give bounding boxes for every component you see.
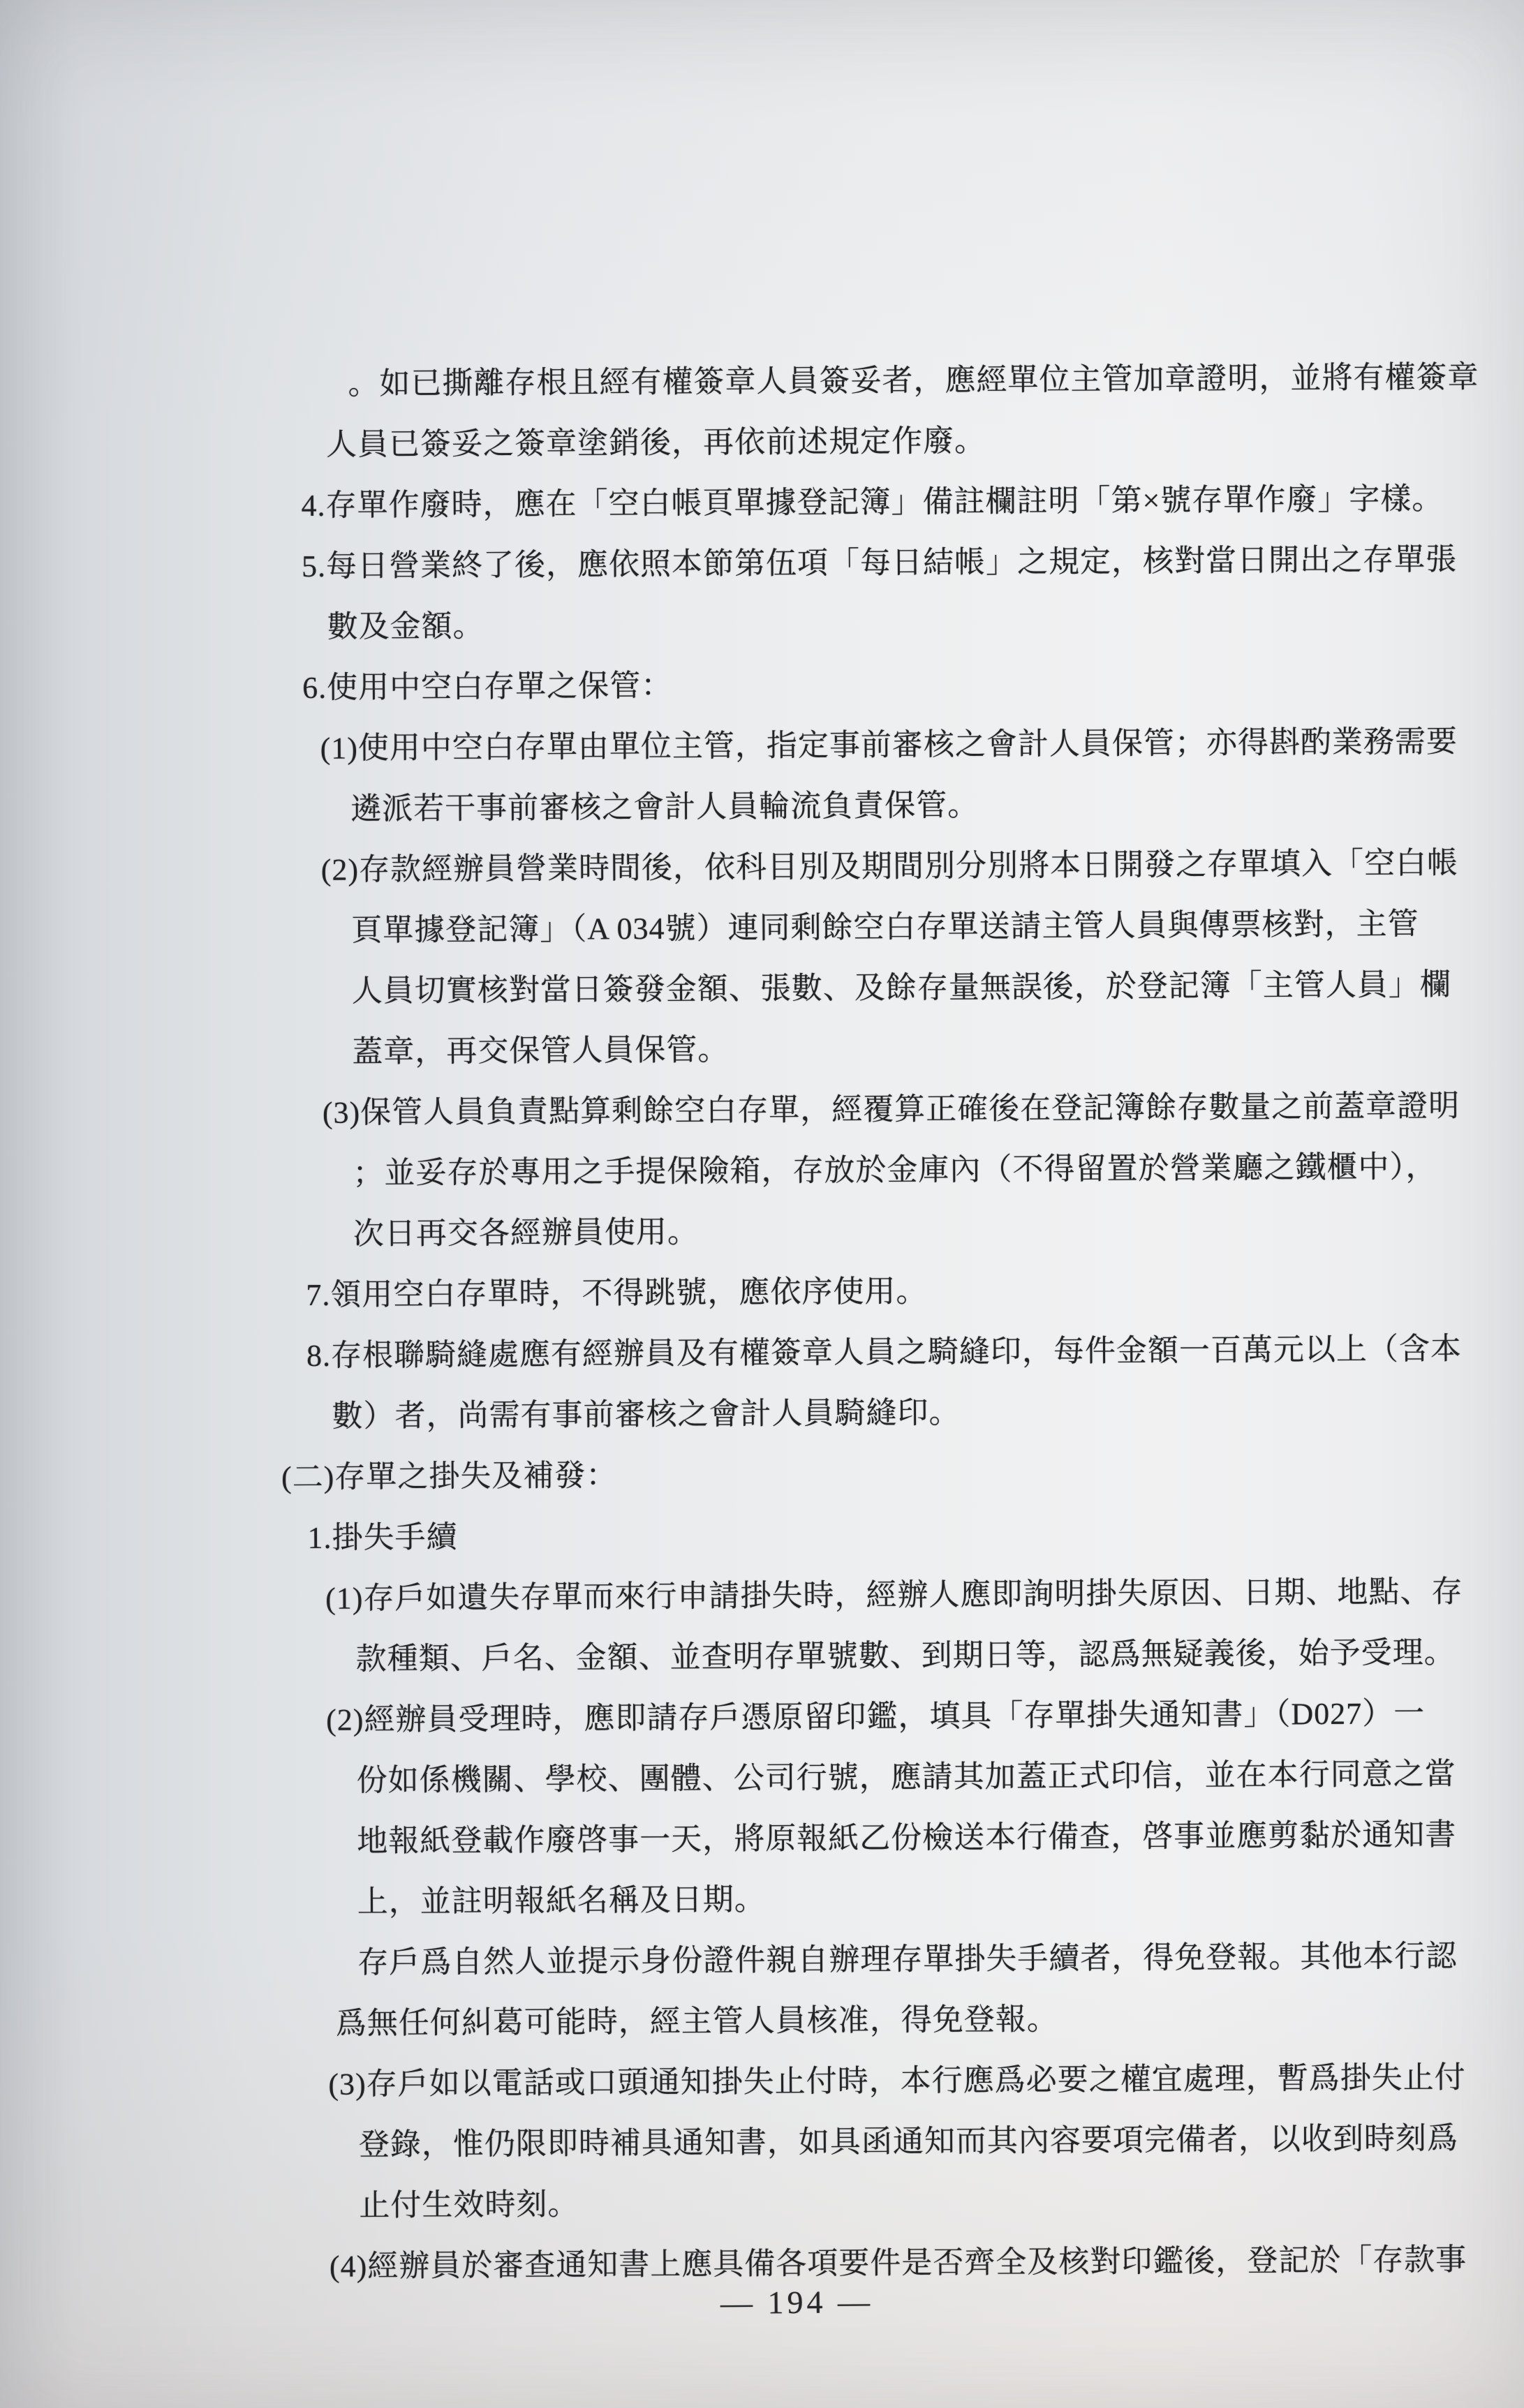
text-line: (3)存戶如以電話或口頭通知掛失止付時，本行應爲必要之權宜處理，暫爲掛失止付 — [6, 2046, 1524, 2116]
text-line: 4.存單作廢時，應在「空白帳頁單據登記簿」備註欄註明「第×號存單作廢」字樣。 — [0, 468, 1521, 537]
text-line: 7.領用空白存單時，不得跳號，應依序使用。 — [1, 1257, 1524, 1327]
text-line: (2)經辦員受理時，應即請存戶憑原留印鑑，填具「存單掛失通知書」（D027）一 — [3, 1682, 1524, 1752]
text-line: (1)使用中空白存單由單位主管，指定事前審核之會計人員保管；亦得斟酌業務需要 — [0, 711, 1522, 780]
text-line: (2)存款經辦員營業時間後，依科目別及期間別分別將本日開發之存單填入「空白帳 — [0, 832, 1523, 902]
text-line: 蓋章，再交保管人員保管。 — [0, 1014, 1524, 1084]
text-line: 遴派若干事前審核之會計人員輪流負責保管。 — [0, 771, 1522, 841]
text-line: 人員切實核對當日簽發金額、張數、及餘存量無誤後，於登記簿「主管人員」欄 — [0, 953, 1523, 1023]
text-line: 8.存根聯騎縫處應有經辦員及有權簽章人員之騎縫印，每件金額一百萬元以上（含本 — [1, 1318, 1524, 1388]
text-line: (3)保管人員負責點算剩餘空白存單，經覆算正確後在登記簿餘存數量之前蓋章證明 — [0, 1075, 1524, 1145]
text-line: (1)存戶如遺失存單而來行申請掛失時，經辦人應即詢明掛失原因、日期、地點、存 — [3, 1561, 1524, 1630]
page-number: — 194 — — [720, 2283, 873, 2321]
text-block: 。如已撕離存根且經有權簽章人員簽妥者，應經單位主管加章證明，並將有權簽章人員已簽… — [0, 346, 1524, 2298]
text-line: 上，並註明報紙名稱及日期。 — [5, 1864, 1524, 1934]
text-line: 存戶爲自然人並提示身份證件親自辦理存單掛失手續者，得免登報。其他本行認 — [5, 1925, 1524, 1995]
text-line: 5.每日營業終了後，應依照本節第伍項「每日結帳」之規定，核對當日開出之存單張 — [0, 528, 1521, 598]
text-line: 止付生效時刻。 — [6, 2168, 1524, 2238]
text-line: 1.掛失手續 — [2, 1500, 1524, 1570]
text-line: 登錄，惟仍限即時補具通知書，如具函通知而其內容要項完備者，以收到時刻爲 — [6, 2107, 1524, 2177]
text-line: 次日再交各經辦員使用。 — [1, 1196, 1524, 1266]
text-line: 爲無任何糾葛可能時，經主管人員核准，得免登報。 — [6, 1986, 1524, 2056]
text-line: 頁單據登記簿」（A 034號）連同剩餘空白存單送請主管人員與傳票核對，主管 — [0, 893, 1523, 963]
text-line: 數及金額。 — [0, 589, 1521, 659]
text-line: 數）者，尚需有事前審核之會計人員騎縫印。 — [1, 1378, 1524, 1448]
text-line: ；並妥存於專用之手提保險箱，存放於金庫內（不得留置於營業廳之鐵櫃中）， — [0, 1136, 1524, 1205]
text-line: (二)存單之掛失及補發： — [2, 1439, 1524, 1509]
text-line: 人員已簽妥之簽章塗銷後，再依前述規定作廢。 — [0, 407, 1520, 477]
scanned-document-page: 。如已撕離存根且經有權簽章人員簽妥者，應經單位主管加章證明，並將有權簽章人員已簽… — [0, 0, 1524, 2408]
text-line: 份如係機關、學校、團體、公司行號，應請其加蓋正式印信，並在本行同意之當 — [3, 1743, 1524, 1813]
text-line: 地報紙登載作廢啓事一天，將原報紙乙份檢送本行備查，啓事並應剪黏於通知書 — [4, 1804, 1524, 1873]
text-line: 6.使用中空白存單之保管： — [0, 650, 1521, 720]
text-line: 。如已撕離存根且經有權簽章人員簽妥者，應經單位主管加章證明，並將有權簽章 — [0, 346, 1520, 416]
text-line: 款種類、戶名、金額、並查明存單號數、到期日等，認爲無疑義後，始予受理。 — [3, 1621, 1524, 1691]
